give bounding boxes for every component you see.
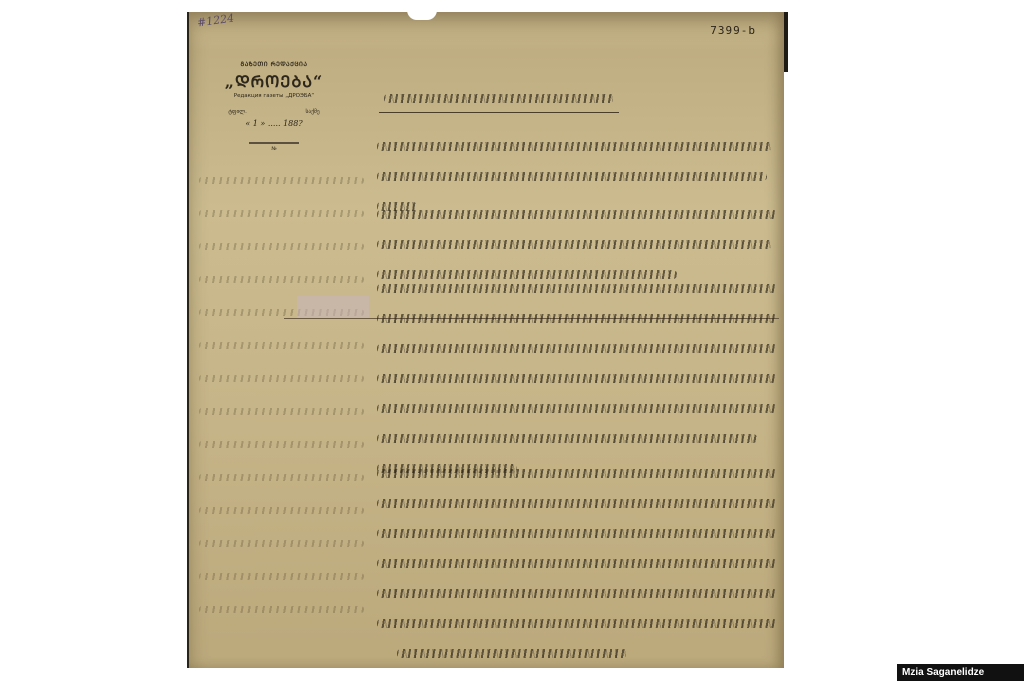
letterhead-row-right: საქმე (306, 109, 320, 115)
faded-bleedthrough-text (199, 177, 364, 639)
letterhead-title: „ᲓᲠᲝᲔᲑᲐ“ (199, 70, 349, 92)
letterhead-number-label: № (199, 146, 349, 152)
letterhead-row-left: ტფილ. (228, 109, 247, 115)
reference-number: 7399-b (710, 24, 756, 37)
paper-edge (784, 12, 788, 72)
document-page: #1224 7399-b ᲒᲐᲖᲔᲗᲘ ᲠᲔᲓᲐᲥᲪᲘᲐ „ᲓᲠᲝᲔᲑᲐ“ Ре… (187, 12, 784, 668)
letterhead-row: ტფილ. საქმე (199, 109, 349, 115)
letterhead-rule (249, 142, 299, 144)
letterhead: ᲒᲐᲖᲔᲗᲘ ᲠᲔᲓᲐᲥᲪᲘᲐ „ᲓᲠᲝᲔᲑᲐ“ Редакция газеты… (199, 60, 349, 152)
heading-underline (379, 112, 619, 113)
archive-stamp: #1224 (196, 11, 235, 29)
handwritten-paragraph-4 (377, 469, 782, 679)
letterhead-date: « 1 » ..... 188? (199, 119, 349, 128)
paper-notch (407, 10, 437, 20)
letterhead-subtitle: Редакция газеты „ДРОЭБА“ (199, 93, 349, 99)
stain (297, 296, 369, 318)
handwritten-heading (384, 94, 614, 103)
letterhead-top-line: ᲒᲐᲖᲔᲗᲘ ᲠᲔᲓᲐᲥᲪᲘᲐ (199, 60, 349, 68)
handwritten-paragraph-3 (377, 284, 782, 494)
photo-credit: Mzia Saganelidze (RFE/RL) (897, 664, 1024, 681)
